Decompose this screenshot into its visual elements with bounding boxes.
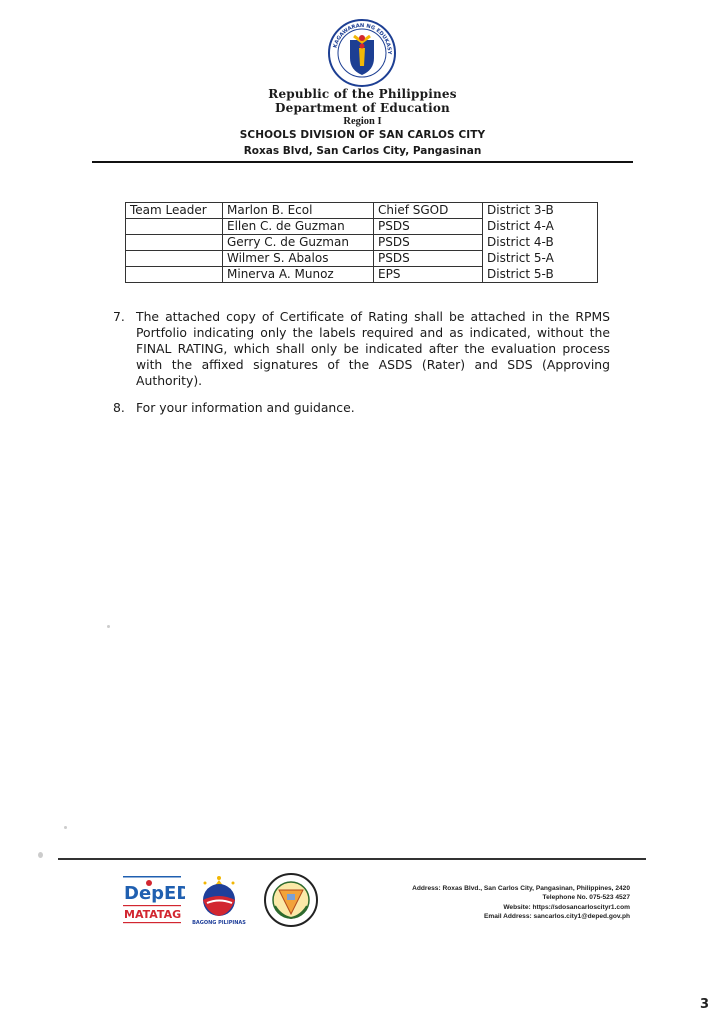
paragraph-item-8: 8. For your information and guidance.	[113, 400, 610, 416]
district-cell: District 5-B	[483, 267, 598, 283]
district-cell: District 4-B	[483, 235, 598, 251]
deped-seal-icon: KAGAWARAN NG EDUKASYON	[327, 18, 397, 88]
district-cell: District 3-B	[483, 203, 598, 219]
footer-address: Address: Roxas Blvd., San Carlos City, P…	[380, 884, 630, 893]
item-number: 7.	[113, 309, 125, 325]
svg-text:MATATAG: MATATAG	[124, 908, 181, 921]
header-divider	[92, 161, 633, 163]
paragraph-item-7: 7. The attached copy of Certificate of R…	[113, 309, 610, 389]
position-cell: PSDS	[374, 251, 483, 267]
division-address: Roxas Blvd, San Carlos City, Pangasinan	[0, 145, 725, 157]
item-text: For your information and guidance.	[136, 400, 610, 416]
sdo-san-carlos-seal	[263, 872, 319, 928]
footer-email[interactable]: Email Address: sancarlos.city1@deped.gov…	[380, 912, 630, 921]
division-heading: SCHOOLS DIVISION OF SAN CARLOS CITY	[0, 129, 725, 141]
footer-contact: Address: Roxas Blvd., San Carlos City, P…	[380, 884, 630, 922]
position-cell: Chief SGOD	[374, 203, 483, 219]
table-row: Team LeaderMarlon B. EcolChief SGODDistr…	[126, 203, 598, 219]
item-number: 8.	[113, 400, 125, 416]
role-cell	[126, 251, 223, 267]
name-cell: Gerry C. de Guzman	[223, 235, 374, 251]
item-text: The attached copy of Certificate of Rati…	[136, 309, 610, 389]
team-table: Team LeaderMarlon B. EcolChief SGODDistr…	[125, 202, 598, 283]
bagong-pilipinas-logo: BAGONG PILIPINAS	[190, 870, 248, 926]
footer-divider	[58, 858, 646, 860]
position-cell: PSDS	[374, 219, 483, 235]
department-heading: Department of Education	[0, 101, 725, 115]
page-number: 3	[700, 997, 709, 1012]
svg-text:BAGONG PILIPINAS: BAGONG PILIPINAS	[192, 920, 246, 926]
table-row: Ellen C. de GuzmanPSDSDistrict 4-A	[126, 219, 598, 235]
deped-matatag-logo: DepED MATATAG	[123, 875, 185, 927]
scan-speck	[64, 826, 67, 829]
position-cell: EPS	[374, 267, 483, 283]
role-cell	[126, 267, 223, 283]
role-cell	[126, 235, 223, 251]
role-cell: Team Leader	[126, 203, 223, 219]
table-row: Gerry C. de GuzmanPSDSDistrict 4-B	[126, 235, 598, 251]
scan-speck	[107, 625, 110, 628]
footer-telephone: Telephone No. 075-523 4527	[380, 893, 630, 902]
scan-speck	[38, 852, 43, 858]
svg-text:DepED: DepED	[124, 883, 185, 904]
position-cell: PSDS	[374, 235, 483, 251]
district-cell: District 5-A	[483, 251, 598, 267]
republic-heading: Republic of the Philippines	[0, 87, 725, 101]
role-cell	[126, 219, 223, 235]
name-cell: Marlon B. Ecol	[223, 203, 374, 219]
table-row: Wilmer S. AbalosPSDSDistrict 5-A	[126, 251, 598, 267]
name-cell: Minerva A. Munoz	[223, 267, 374, 283]
table-row: Minerva A. MunozEPSDistrict 5-B	[126, 267, 598, 283]
name-cell: Ellen C. de Guzman	[223, 219, 374, 235]
region-heading: Region I	[0, 116, 725, 127]
district-cell: District 4-A	[483, 219, 598, 235]
name-cell: Wilmer S. Abalos	[223, 251, 374, 267]
footer-website[interactable]: Website: https://sdosancarloscityr1.com	[380, 903, 630, 912]
